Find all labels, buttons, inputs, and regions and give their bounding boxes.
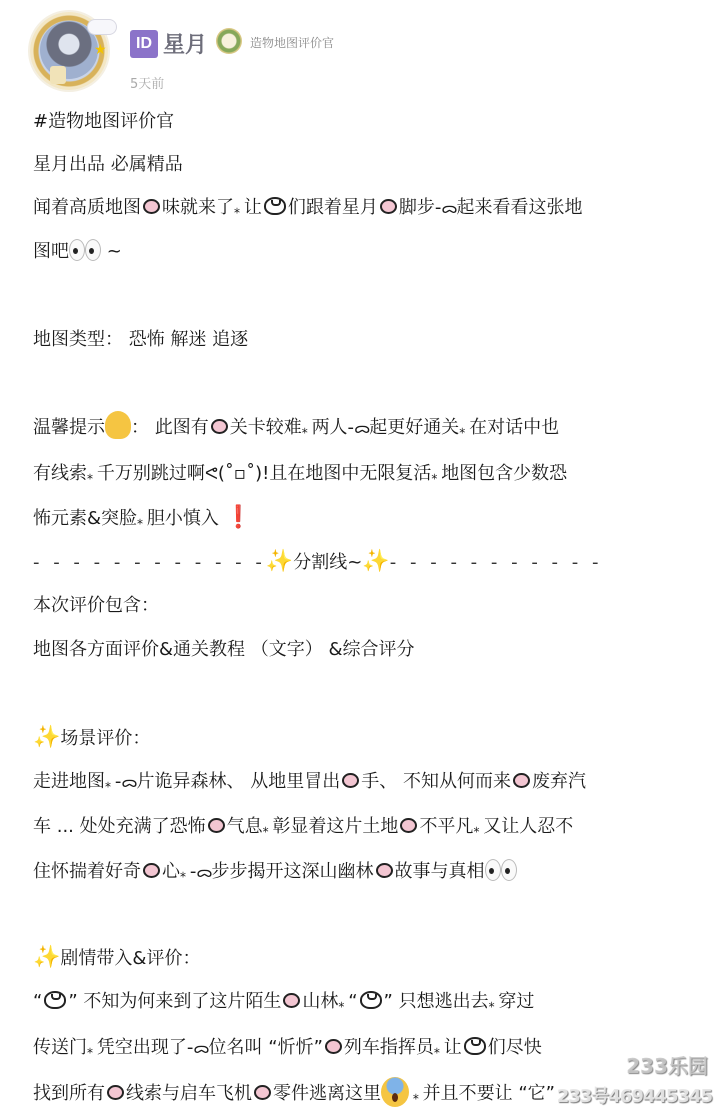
text: 关卡较难 [230, 417, 302, 438]
divider-label: 分割线~ [293, 552, 362, 573]
star-dot-icon: ⁎ [434, 1042, 444, 1056]
curl-emoji-icon: ᯅ [121, 773, 136, 791]
scene-line-3: 住怀揣着好奇心⁎ -ᯅ步步揭开这深山幽林故事与真相 [33, 852, 517, 892]
text: 闻着高质地图 [33, 197, 141, 218]
text: 让 [444, 1037, 462, 1058]
text: 位名叫 “忻忻” [209, 1037, 323, 1058]
exclamation-emoji-icon: ❗ [225, 505, 252, 530]
sparkles-icon: ✨ [33, 945, 60, 970]
text: 胆小慎入 [147, 508, 219, 529]
pink-dot-emoji-icon [325, 1039, 342, 1054]
text: 又让人忍不 [483, 816, 573, 837]
text: 们尽快 [488, 1037, 542, 1058]
pink-dot-emoji-icon [208, 818, 225, 833]
pink-dot-emoji-icon [143, 863, 160, 878]
post-header: ★ ID 星月 造物地图评价官 5天前 [0, 0, 720, 100]
text: 味就来了 [162, 197, 234, 218]
curl-emoji-icon: ᯅ [196, 863, 211, 881]
text: 故事与真相 [395, 861, 485, 882]
star-dot-icon: ⁎ [473, 821, 483, 835]
intro-line-2: 图吧 ~ [33, 232, 122, 272]
plot-line-2: 传送门⁎ 凭空出现了-ᯅ位名叫 “忻忻”列车指挥员⁎ 让们尽快 [33, 1028, 542, 1068]
text: 不平凡 [419, 816, 473, 837]
cat-face-emoji-icon [44, 991, 66, 1009]
star-dot-icon: ⁎ [137, 513, 147, 527]
text: 走进地图 [33, 771, 105, 792]
star-dot-icon: ⁎ [87, 468, 97, 482]
text: ~ [107, 241, 122, 262]
text: 千万别跳过啊ᕙ(˚▫˚)!且在地图中无限复活 [97, 463, 432, 484]
text: “ [348, 991, 357, 1012]
watermark-id: 233号469445345 [557, 1082, 712, 1108]
text: 车 ... 处处充满了恐怖 [33, 816, 206, 837]
text: 在对话中也 [469, 417, 559, 438]
pink-dot-emoji-icon [513, 773, 530, 788]
plot-heading: ✨剧情带入&评价： [33, 938, 200, 978]
pink-dot-emoji-icon [211, 419, 228, 434]
text: 凭空出现了- [97, 1037, 194, 1058]
star-dot-icon: ⁎ [338, 996, 348, 1010]
username[interactable]: 星月 [163, 28, 207, 59]
cat-face-emoji-icon [360, 991, 382, 1009]
star-icon: ★ [94, 42, 107, 58]
tagline: 星月出品 必属精品 [33, 145, 183, 185]
star-dot-icon: ⁎ [105, 776, 115, 790]
text: 片诡异森林、 从地里冒出 [137, 771, 341, 792]
includes-text: 地图各方面评价&通关教程 （文字） &综合评分 [33, 630, 415, 670]
text: 手、 不知从何而来 [361, 771, 511, 792]
star-dot-icon: ⁎ [302, 422, 312, 436]
screaming-face-emoji-icon [381, 1077, 409, 1107]
star-dot-icon: ⁎ [489, 996, 499, 1010]
text: 并且不要让 “它” [423, 1083, 555, 1104]
plot-line-1: “” 不知为何来到了这片陌生山林⁎ “” 只想逃出去⁎ 穿过 [33, 982, 534, 1022]
text: 心 [162, 861, 180, 882]
curl-emoji-icon: ᯅ [441, 199, 456, 217]
pink-dot-emoji-icon [283, 993, 300, 1008]
pink-dot-emoji-icon [254, 1085, 271, 1100]
text: 找到所有 [33, 1083, 105, 1104]
eyes-emoji-icon [485, 859, 501, 881]
divider-dashes: - - - - - - - - - - - [390, 552, 603, 573]
watermark-logo: 233乐园 [626, 1050, 708, 1084]
text: 零件逃离这里 [273, 1083, 381, 1104]
text: 废弃汽 [532, 771, 586, 792]
text: 传送门 [33, 1037, 87, 1058]
eyes-emoji-icon [69, 239, 85, 261]
map-type-text: 地图类型： 恐怖 解迷 追逐 [33, 329, 248, 350]
text: ” 只想逃出去 [384, 991, 489, 1012]
eyes-emoji-icon [501, 859, 517, 881]
tagline-text: 星月出品 必属精品 [33, 154, 183, 175]
tip-line-3: 怖元素&突脸⁎ 胆小慎入 ❗ [33, 498, 252, 538]
clapping-hands-emoji-icon [105, 411, 131, 439]
star-dot-icon: ⁎ [459, 422, 469, 436]
scene-heading: ✨场景评价： [33, 718, 150, 758]
pink-dot-emoji-icon [107, 1085, 124, 1100]
includes-label: 本次评价包含： [33, 586, 159, 626]
text: “ [33, 991, 42, 1012]
star-dot-icon: ⁎ [431, 468, 441, 482]
curl-emoji-icon: ᯅ [193, 1039, 208, 1057]
text: 住怀揣着好奇 [33, 861, 141, 882]
pink-dot-emoji-icon [400, 818, 417, 833]
text: 地图包含少数恐 [441, 463, 567, 484]
star-dot-icon: ⁎ [234, 202, 244, 216]
plot-line-3: 找到所有线索与启车飞机零件逃离这里 ⁎ 并且不要让 “它” [33, 1074, 555, 1114]
eyes-emoji-icon [85, 239, 101, 261]
divider: - - - - - - - - - - - -✨分割线~✨- - - - - -… [33, 542, 602, 582]
hashtag-text[interactable]: #造物地图评价官 [33, 111, 174, 132]
text: 地图各方面评价&通关教程 （文字） &综合评分 [33, 639, 415, 660]
text: 图吧 [33, 241, 69, 262]
text: 剧情带入&评价： [60, 948, 200, 969]
text: 温馨提示 [33, 417, 105, 438]
text: 气息 [227, 816, 263, 837]
text: 起更好通关 [369, 417, 459, 438]
curl-emoji-icon: ᯅ [354, 419, 369, 437]
pink-dot-emoji-icon [376, 863, 393, 878]
text: 怖元素&突脸 [33, 508, 137, 529]
text: 起来看看这张地 [457, 197, 583, 218]
id-badge: ID [130, 30, 158, 58]
star-dot-icon: ⁎ [180, 866, 190, 880]
text: 线索与启车飞机 [126, 1083, 252, 1104]
text: 本次评价包含： [33, 595, 159, 616]
avatar-frame-cloud-decoration [88, 20, 116, 34]
tip-line-1: 温馨提示： 此图有关卡较难⁎ 两人-ᯅ起更好通关⁎ 在对话中也 [33, 408, 559, 448]
text: 场景评价： [60, 728, 150, 749]
text: 脚步- [399, 197, 442, 218]
post-timestamp: 5天前 [130, 73, 164, 92]
avatar-frame-cup-decoration [50, 66, 66, 84]
text: 列车指挥员 [344, 1037, 434, 1058]
scene-line-1: 走进地图⁎ -ᯅ片诡异森林、 从地里冒出手、 不知从何而来废弃汽 [33, 762, 586, 802]
pink-dot-emoji-icon [143, 199, 160, 214]
text: 彰显着这片土地 [272, 816, 398, 837]
sparkles-icon: ✨ [362, 549, 389, 574]
divider-dashes: - - - - - - - - - - - - [33, 552, 266, 573]
text: ： 此图有 [131, 417, 209, 438]
text: 有线索 [33, 463, 87, 484]
scene-line-2: 车 ... 处处充满了恐怖气息⁎ 彰显着这片土地不平凡⁎ 又让人忍不 [33, 807, 573, 847]
star-dot-icon: ⁎ [409, 1088, 423, 1102]
star-dot-icon: ⁎ [263, 821, 273, 835]
sparkles-icon: ✨ [33, 725, 60, 750]
star-dot-icon: ⁎ [87, 1042, 97, 1056]
text: 两人- [312, 417, 355, 438]
text: 穿过 [498, 991, 534, 1012]
text: ” 不知为何来到了这片陌生 [68, 991, 281, 1012]
sparkles-icon: ✨ [266, 549, 293, 574]
text: 让 [244, 197, 262, 218]
map-type: 地图类型： 恐怖 解迷 追逐 [33, 320, 248, 360]
hashtag-link[interactable]: #造物地图评价官 [33, 102, 174, 142]
text: 山林 [302, 991, 338, 1012]
title-badge-icon [216, 28, 242, 54]
text: 步步揭开这深山幽林 [212, 861, 374, 882]
pink-dot-emoji-icon [342, 773, 359, 788]
cat-face-emoji-icon [464, 1037, 486, 1055]
title-badge-text[interactable]: 造物地图评价官 [250, 34, 334, 51]
text: 们跟着星月 [288, 197, 378, 218]
intro-line-1: 闻着高质地图味就来了⁎ 让们跟着星月脚步-ᯅ起来看看这张地 [33, 188, 583, 228]
pink-dot-emoji-icon [380, 199, 397, 214]
tip-line-2: 有线索⁎ 千万别跳过啊ᕙ(˚▫˚)!且在地图中无限复活⁎ 地图包含少数恐 [33, 454, 567, 494]
cat-face-emoji-icon [264, 197, 286, 215]
